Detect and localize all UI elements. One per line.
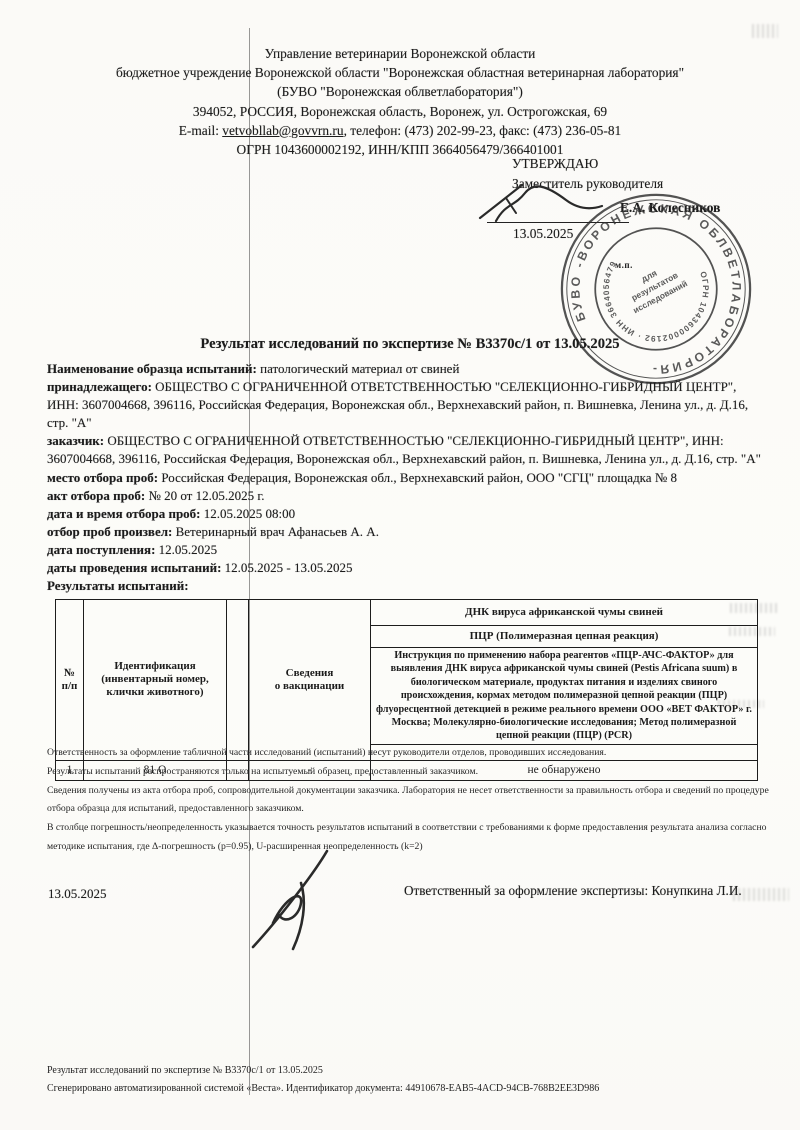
email-address: vetvobllab@govvrn.ru [222, 123, 343, 138]
approve-label: УТВЕРЖДАЮ [512, 154, 663, 174]
field-sampling-place: место отбора проб: Российская Федерация,… [47, 469, 769, 487]
executor-signature [243, 845, 353, 953]
column-header-empty [227, 600, 249, 761]
result-header-pcr: ПЦР (Полимеразная цепная реакция) [371, 626, 758, 648]
org-address-line: 394052, РОССИЯ, Воронежская область, Вор… [40, 102, 760, 121]
field-test-dates: даты проведения испытаний: 12.05.2025 - … [47, 559, 769, 577]
field-receipt-date: дата поступления: 12.05.2025 [47, 541, 769, 559]
round-stamp: БУВО -ВОРОНЕЖСКАЯ ОБЛВЕТЛАБОРАТОРИЯ- ОГР… [558, 191, 754, 387]
email-label: E-mail: [179, 123, 223, 138]
responsible-person-line: Ответственный за оформление экспертизы: … [404, 883, 796, 899]
letterhead: Управление ветеринарии Воронежской облас… [40, 44, 760, 159]
org-parent-line: Управление ветеринарии Воронежской облас… [40, 44, 760, 63]
results-label: Результаты испытаний: [47, 577, 769, 595]
org-short-name-line: (БУВО "Воронежская облветлаборатория") [40, 82, 760, 101]
phone-fax: , телефон: (473) 202-99-23, факс: (473) … [344, 123, 622, 138]
org-name-line: бюджетное учреждение Воронежской области… [40, 63, 760, 82]
column-header-vaccination: Сведения о вакцинации [249, 600, 371, 761]
field-sampler: отбор проб произвел: Ветеринарный врач А… [47, 523, 769, 541]
column-header-number: № п/п [56, 600, 84, 761]
signoff-date: 13.05.2025 [48, 886, 107, 902]
result-header-dna: ДНК вируса африканской чумы свиней [371, 600, 758, 626]
scan-artifact [752, 24, 778, 38]
result-method-description: Инструкция по применению набора реагенто… [371, 648, 758, 745]
footer-generated-line: Сгенерировано автоматизированной системо… [47, 1080, 599, 1098]
footnote-4: В столбце погрешность/неопределенность у… [47, 819, 797, 857]
field-owner: принадлежащего: ОБЩЕСТВО С ОГРАНИЧЕННОЙ … [47, 378, 769, 432]
scanned-document-page: Управление ветеринарии Воронежской облас… [0, 0, 800, 1130]
document-title: Результат исследований по экспертизе № В… [50, 336, 770, 353]
field-sampling-datetime: дата и время отбора проб: 12.05.2025 08:… [47, 505, 769, 523]
seal-place-mark: м.п. [615, 260, 633, 270]
document-footer: Результат исследований по экспертизе № В… [47, 1062, 599, 1098]
field-sampling-act: акт отбора проб: № 20 от 12.05.2025 г. [47, 487, 769, 505]
footnote-2: Результаты испытаний распространяются то… [47, 763, 797, 782]
footnotes-block: Ответственность за оформление табличной … [47, 744, 797, 857]
field-sample-name: Наименование образца испытаний: патологи… [47, 360, 769, 378]
field-customer: заказчик: ОБЩЕСТВО С ОГРАНИЧЕННОЙ ОТВЕТС… [47, 432, 769, 468]
sample-info-block: Наименование образца испытаний: патологи… [47, 360, 769, 595]
footer-expertise-line: Результат исследований по экспертизе № В… [47, 1062, 599, 1080]
column-header-identification: Идентификация (инвентарный номер, клички… [84, 600, 227, 761]
footnote-1: Ответственность за оформление табличной … [47, 744, 797, 763]
org-contacts-line: E-mail: vetvobllab@govvrn.ru, телефон: (… [40, 121, 760, 140]
footnote-3: Сведения получены из акта отбора проб, с… [47, 782, 797, 820]
